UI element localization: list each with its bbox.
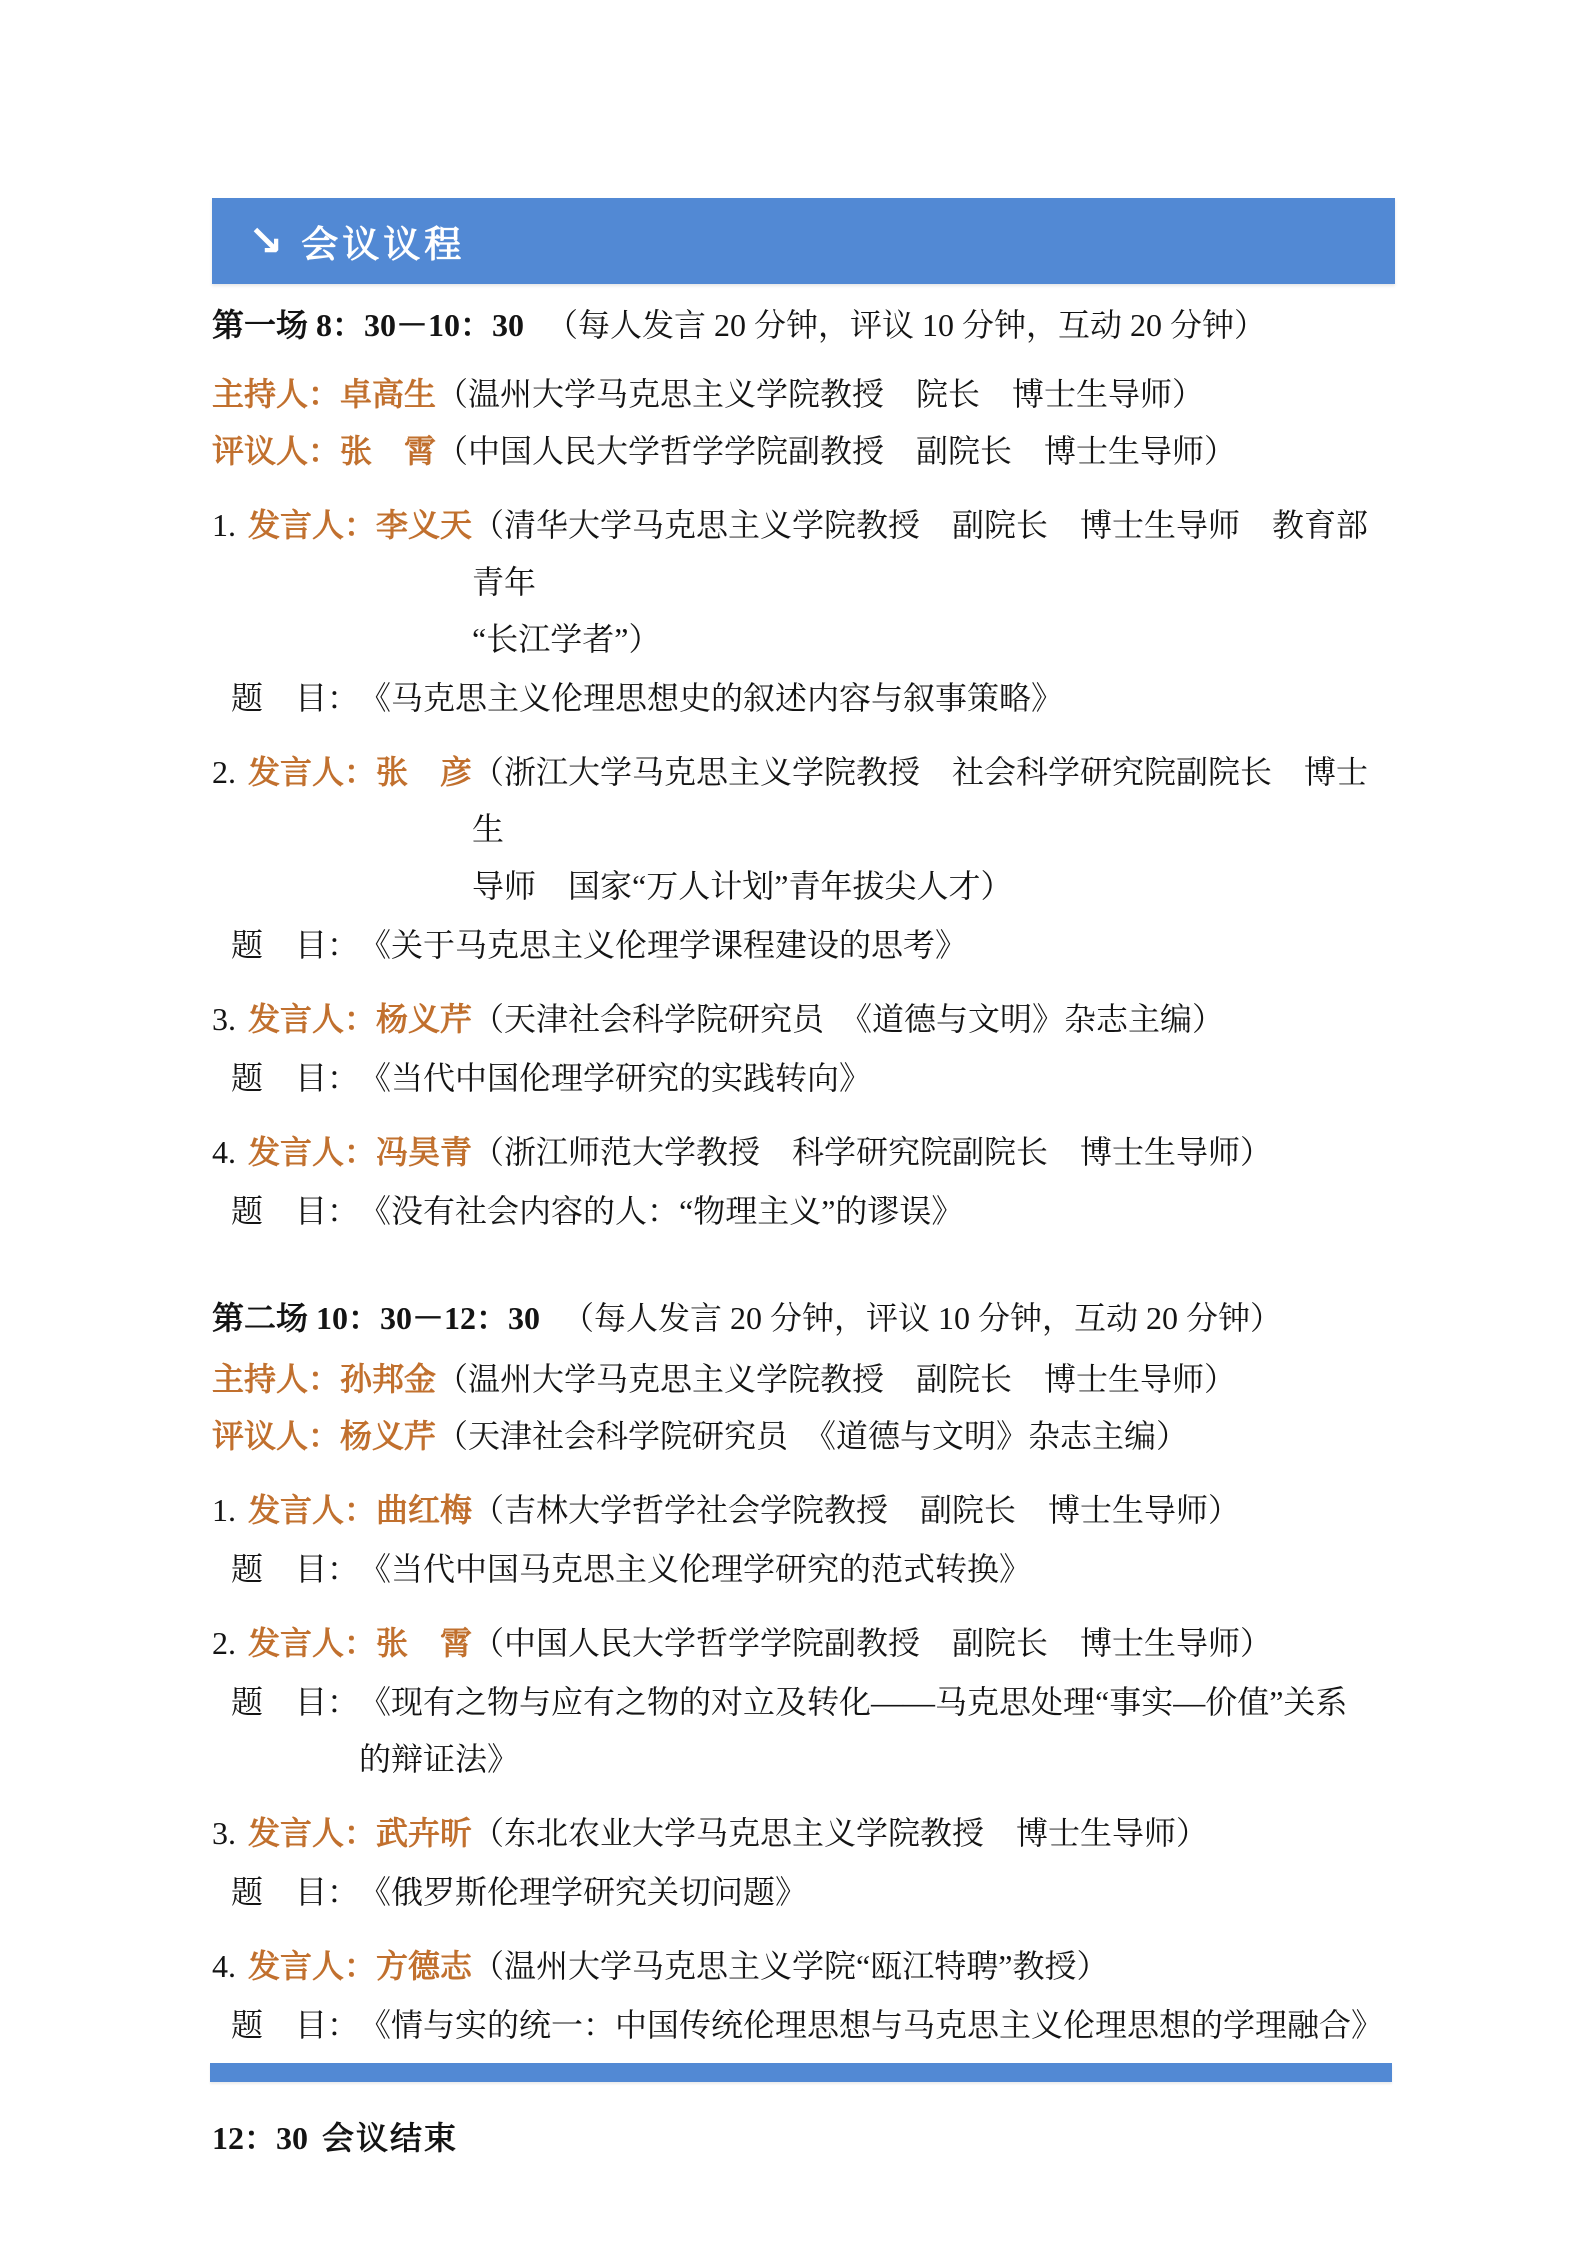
speaker-label: 发言人： xyxy=(248,1815,376,1851)
arrow-down-right-icon: ↘ xyxy=(248,220,283,262)
host-label: 主持人： xyxy=(212,376,340,412)
closing-text: 会议结束 xyxy=(322,2120,458,2156)
host-line: 主持人：卓高生 （温州大学马克思主义学院教授 院长 博士生导师） xyxy=(212,366,1397,423)
topic-label: 题 目： xyxy=(231,1864,359,1921)
item-number: 1. xyxy=(212,1482,248,1539)
topic-label: 题 目： xyxy=(231,917,359,974)
topic-row: 题 目： 《俄罗斯伦理学研究关切问题》 xyxy=(231,1864,1397,1921)
reviewer-line: 评议人：杨义芹 （天津社会科学院研究员 《道德与文明》杂志主编） xyxy=(212,1408,1397,1465)
item-number: 4. xyxy=(212,1124,248,1181)
speaker-entry: 3. 发言人：武卉昕 （东北农业大学马克思主义学院教授 博士生导师） 题 目： … xyxy=(212,1805,1397,1921)
topic-label: 题 目： xyxy=(231,1541,359,1598)
speaker-entry: 1. 发言人：李义天 （清华大学马克思主义学院教授 副院长 博士生导师 教育部青… xyxy=(212,497,1397,727)
speaker-name: 张 霄 xyxy=(376,1625,472,1661)
session-block-1: 第一场 8：30－10：30 （每人发言 20 分钟，评议 10 分钟，互动 2… xyxy=(212,297,1397,1240)
topic-row: 题 目： 《情与实的统一：中国传统伦理思想与马克思主义伦理思想的学理融合》 xyxy=(231,1997,1397,2054)
speaker-desc: （温州大学马克思主义学院“瓯江特聘”教授） xyxy=(472,1938,1397,1995)
topic-label: 题 目： xyxy=(231,1674,359,1788)
speaker-row: 4. 发言人：方德志 （温州大学马克思主义学院“瓯江特聘”教授） xyxy=(212,1938,1397,1995)
speaker-row: 2. 发言人：张 彦 （浙江大学马克思主义学院教授 社会科学研究院副院长 博士生… xyxy=(212,744,1397,915)
topic-row: 题 目： 《关于马克思主义伦理学课程建设的思考》 xyxy=(231,917,1397,974)
speaker-label: 发言人： xyxy=(248,1001,376,1037)
reviewer-desc: （天津社会科学院研究员 《道德与文明》杂志主编） xyxy=(436,1408,1397,1465)
host-name: 孙邦金 xyxy=(340,1361,436,1397)
topic-title: 《没有社会内容的人：“物理主义”的谬误》 xyxy=(359,1183,1397,1240)
speaker-row: 2. 发言人：张 霄 （中国人民大学哲学学院副教授 副院长 博士生导师） xyxy=(212,1615,1397,1672)
speaker-entry: 4. 发言人：冯昊青 （浙江师范大学教授 科学研究院副院长 博士生导师） 题 目… xyxy=(212,1124,1397,1240)
topic-row: 题 目： 《现有之物与应有之物的对立及转化——马克思处理“事实—价值”关系 的辩… xyxy=(231,1674,1397,1788)
host-name: 卓高生 xyxy=(340,376,436,412)
speaker-label: 发言人： xyxy=(248,1134,376,1170)
topic-title: 《现有之物与应有之物的对立及转化——马克思处理“事实—价值”关系 的辩证法》 xyxy=(359,1674,1397,1788)
host-line: 主持人：孙邦金 （温州大学马克思主义学院教授 副院长 博士生导师） xyxy=(212,1351,1397,1408)
reviewer-label: 评议人： xyxy=(212,433,340,469)
speaker-desc: （浙江师范大学教授 科学研究院副院长 博士生导师） xyxy=(472,1124,1397,1181)
topic-label: 题 目： xyxy=(231,1183,359,1240)
document-page: ↘ 会议议程 第一场 8：30－10：30 （每人发言 20 分钟，评议 10 … xyxy=(0,0,1587,2245)
topic-title: 《当代中国伦理学研究的实践转向》 xyxy=(359,1050,1397,1107)
speaker-label: 发言人： xyxy=(248,1492,376,1528)
reviewer-name: 张 霄 xyxy=(340,433,436,469)
topic-title: 《俄罗斯伦理学研究关切问题》 xyxy=(359,1864,1397,1921)
topic-label: 题 目： xyxy=(231,1050,359,1107)
speaker-name: 方德志 xyxy=(376,1948,472,1984)
agenda-content: 第一场 8：30－10：30 （每人发言 20 分钟，评议 10 分钟，互动 2… xyxy=(212,284,1397,2167)
topic-title: 《关于马克思主义伦理学课程建设的思考》 xyxy=(359,917,1397,974)
topic-title: 《当代中国马克思主义伦理学研究的范式转换》 xyxy=(359,1541,1397,1598)
item-number: 1. xyxy=(212,497,248,668)
topic-row: 题 目： 《当代中国马克思主义伦理学研究的范式转换》 xyxy=(231,1541,1397,1598)
speaker-name: 张 彦 xyxy=(376,754,472,790)
topic-row: 题 目： 《没有社会内容的人：“物理主义”的谬误》 xyxy=(231,1183,1397,1240)
agenda-banner: ↘ 会议议程 xyxy=(212,198,1395,284)
host-label: 主持人： xyxy=(212,1361,340,1397)
speaker-row: 4. 发言人：冯昊青 （浙江师范大学教授 科学研究院副院长 博士生导师） xyxy=(212,1124,1397,1181)
speaker-name: 李义天 xyxy=(376,507,472,543)
speaker-name: 冯昊青 xyxy=(376,1134,472,1170)
speaker-row: 1. 发言人：李义天 （清华大学马克思主义学院教授 副院长 博士生导师 教育部青… xyxy=(212,497,1397,668)
item-number: 4. xyxy=(212,1938,248,1995)
speaker-entry: 1. 发言人：曲红梅 （吉林大学哲学社会学院教授 副院长 博士生导师） 题 目：… xyxy=(212,1482,1397,1598)
closing-time: 12：30 xyxy=(212,2120,308,2156)
reviewer-label: 评议人： xyxy=(212,1418,340,1454)
session-block-2: 第二场 10：30－12：30 （每人发言 20 分钟，评议 10 分钟，互动 … xyxy=(212,1290,1397,2054)
speaker-entry: 2. 发言人：张 霄 （中国人民大学哲学学院副教授 副院长 博士生导师） 题 目… xyxy=(212,1615,1397,1788)
speaker-name: 武卉昕 xyxy=(376,1815,472,1851)
speaker-desc: （吉林大学哲学社会学院教授 副院长 博士生导师） xyxy=(472,1482,1397,1539)
speaker-label: 发言人： xyxy=(248,507,376,543)
item-number: 3. xyxy=(212,1805,248,1862)
speaker-entry: 2. 发言人：张 彦 （浙江大学马克思主义学院教授 社会科学研究院副院长 博士生… xyxy=(212,744,1397,974)
speaker-label: 发言人： xyxy=(248,1625,376,1661)
speaker-desc: （天津社会科学院研究员 《道德与文明》杂志主编） xyxy=(472,991,1397,1048)
speaker-row: 1. 发言人：曲红梅 （吉林大学哲学社会学院教授 副院长 博士生导师） xyxy=(212,1482,1397,1539)
speaker-name: 杨义芹 xyxy=(376,1001,472,1037)
item-number: 2. xyxy=(212,744,248,915)
topic-label: 题 目： xyxy=(231,1997,359,2054)
speaker-label: 发言人： xyxy=(248,1948,376,1984)
speaker-entry: 4. 发言人：方德志 （温州大学马克思主义学院“瓯江特聘”教授） 题 目： 《情… xyxy=(212,1938,1397,2054)
topic-row: 题 目： 《马克思主义伦理思想史的叙述内容与叙事策略》 xyxy=(231,670,1397,727)
item-number: 2. xyxy=(212,1615,248,1672)
topic-title: 《情与实的统一：中国传统伦理思想与马克思主义伦理思想的学理融合》 xyxy=(359,1997,1397,2054)
session-note: （每人发言 20 分钟，评议 10 分钟，互动 20 分钟） xyxy=(546,307,1266,343)
item-number: 3. xyxy=(212,991,248,1048)
session-heading: 第二场 10：30－12：30 （每人发言 20 分钟，评议 10 分钟，互动 … xyxy=(212,1290,1397,1347)
speaker-row: 3. 发言人：杨义芹 （天津社会科学院研究员 《道德与文明》杂志主编） xyxy=(212,991,1397,1048)
speaker-label: 发言人： xyxy=(248,754,376,790)
footer-bar xyxy=(210,2063,1392,2082)
session-time: 第二场 10：30－12：30 xyxy=(212,1300,540,1336)
session-time: 第一场 8：30－10：30 xyxy=(212,307,524,343)
session-note: （每人发言 20 分钟，评议 10 分钟，互动 20 分钟） xyxy=(562,1300,1282,1336)
agenda-banner-title: 会议议程 xyxy=(301,214,465,268)
speaker-desc: （中国人民大学哲学学院副教授 副院长 博士生导师） xyxy=(472,1615,1397,1672)
topic-row: 题 目： 《当代中国伦理学研究的实践转向》 xyxy=(231,1050,1397,1107)
topic-label: 题 目： xyxy=(231,670,359,727)
session-heading: 第一场 8：30－10：30 （每人发言 20 分钟，评议 10 分钟，互动 2… xyxy=(212,297,1397,354)
speaker-row: 3. 发言人：武卉昕 （东北农业大学马克思主义学院教授 博士生导师） xyxy=(212,1805,1397,1862)
speaker-name: 曲红梅 xyxy=(376,1492,472,1528)
reviewer-name: 杨义芹 xyxy=(340,1418,436,1454)
speaker-desc: （清华大学马克思主义学院教授 副院长 博士生导师 教育部青年 “长江学者”） xyxy=(472,497,1397,668)
reviewer-line: 评议人：张 霄 （中国人民大学哲学学院副教授 副院长 博士生导师） xyxy=(212,423,1397,480)
speaker-desc: （浙江大学马克思主义学院教授 社会科学研究院副院长 博士生 导师 国家“万人计划… xyxy=(472,744,1397,915)
reviewer-desc: （中国人民大学哲学学院副教授 副院长 博士生导师） xyxy=(436,423,1397,480)
speaker-entry: 3. 发言人：杨义芹 （天津社会科学院研究员 《道德与文明》杂志主编） 题 目：… xyxy=(212,991,1397,1107)
speaker-desc: （东北农业大学马克思主义学院教授 博士生导师） xyxy=(472,1805,1397,1862)
host-desc: （温州大学马克思主义学院教授 副院长 博士生导师） xyxy=(436,1351,1397,1408)
closing-line: 12：30会议结束 xyxy=(212,2110,1397,2167)
topic-title: 《马克思主义伦理思想史的叙述内容与叙事策略》 xyxy=(359,670,1397,727)
host-desc: （温州大学马克思主义学院教授 院长 博士生导师） xyxy=(436,366,1397,423)
